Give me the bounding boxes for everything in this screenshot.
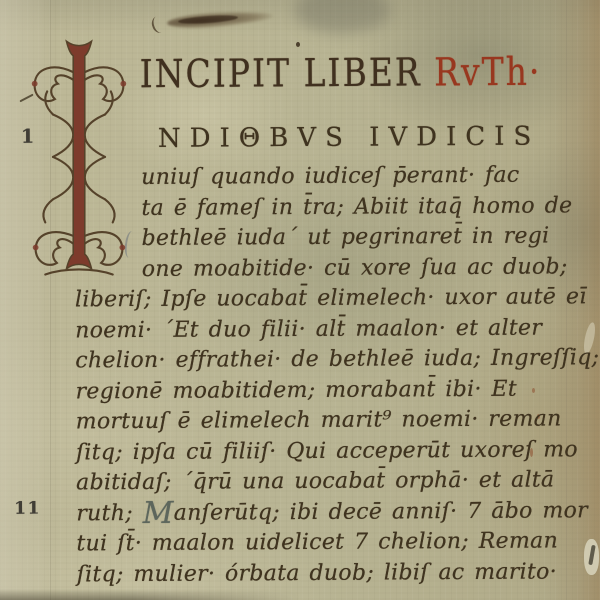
green-capital-M: M	[143, 495, 174, 530]
manuscript-page: INCIPIT LIBER RvTh· NDIΘBVS IVDICIS 1 11…	[0, 0, 600, 600]
manuscript-line: uniuſ quando iudiceſ p̄erant· fac	[141, 160, 589, 193]
manuscript-line: noemi· ´Et duo filii· alt̄ maalon· et al…	[75, 313, 590, 347]
manuscript-line: chelion· effrathei· de bethleē iuda; Ing…	[75, 343, 590, 377]
text-run: abitidaſ; ´q̄rū una uocabat̄ orphā· et a…	[76, 467, 554, 495]
text-run: mortuuſ ē elimelech marit⁹ noemi· reman	[76, 406, 562, 434]
manuscript-line: ſitq; ipſa cū filiiſ· Qui acceperūt uxor…	[76, 435, 591, 469]
manuscript-line: tui ſt̄· maalon uidelicet 7 chelion; Rem…	[76, 526, 591, 560]
text-run: bethleē iuda´ ut pegrinaret̄ in regi	[142, 223, 550, 250]
text-run: ſitq; mulier· órbata duob; libiſ ac mari…	[77, 559, 557, 587]
text-run: uniuſ quando iudiceſ p̄erant· fac	[141, 163, 519, 190]
text-run: ta ē fameſ in t̄ra; Abiit itaq̄ homo de	[141, 193, 572, 221]
margin-chapter-number-1: 1	[21, 126, 34, 148]
rubric-book-name: RvTh·	[434, 49, 542, 95]
opening-capitals-line: NDIΘBVS IVDICIS	[158, 122, 540, 154]
text-area: INCIPIT LIBER RvTh· NDIΘBVS IVDICIS 1 11…	[0, 0, 600, 600]
manuscript-line: one moabitide· cū xore ſua ac duob;	[142, 252, 590, 285]
incipit-title: INCIPIT LIBER RvTh·	[139, 49, 541, 97]
manuscript-line: regionē moabitidem; morabant̄ ibi· Et	[75, 374, 590, 408]
manuscript-line: ſitq; mulier· órbata duob; libiſ ac mari…	[77, 557, 592, 591]
manuscript-line: ta ē fameſ in t̄ra; Abiit itaq̄ homo de	[141, 191, 589, 224]
text-run: ſitq; ipſa cū filiiſ· Qui acceperūt uxor…	[76, 437, 578, 465]
manuscript-line: liberiſ; Ipſe uocabat̄ elimelech· uxor a…	[75, 282, 590, 316]
text-run: noemi· ´Et duo filii· alt̄ maalon· et al…	[75, 315, 542, 343]
manuscript-line: abitidaſ; ´q̄rū una uocabat̄ orphā· et a…	[76, 465, 591, 499]
text-run: regionē moabitidem; morabant̄ ibi· Et	[75, 376, 517, 404]
incipit-text: INCIPIT LIBER	[139, 49, 434, 96]
text-run: one moabitide· cū xore ſua ac duob;	[142, 254, 568, 282]
body-text-block: uniuſ quando iudiceſ p̄erant· facta ē fa…	[74, 160, 592, 590]
text-run: chelion· effrathei· de bethleē iuda; Ing…	[75, 345, 599, 373]
text-run: ruth;	[76, 500, 143, 525]
text-run: anſerūtq; ibi decē anniſ· 7 ābo mor	[174, 498, 588, 526]
text-run: liberiſ; Ipſe uocabat̄ elimelech· uxor a…	[75, 284, 587, 312]
manuscript-line: mortuuſ ē elimelech marit⁹ noemi· reman	[76, 404, 591, 438]
margin-chapter-number-11: 11	[14, 499, 41, 519]
text-run: tui ſt̄· maalon uidelicet 7 chelion; Rem…	[76, 528, 558, 556]
manuscript-line: bethleē iuda´ ut pegrinaret̄ in regi	[142, 221, 590, 254]
manuscript-line: ruth; Manſerūtq; ibi decē anniſ· 7 ābo m…	[76, 496, 591, 530]
